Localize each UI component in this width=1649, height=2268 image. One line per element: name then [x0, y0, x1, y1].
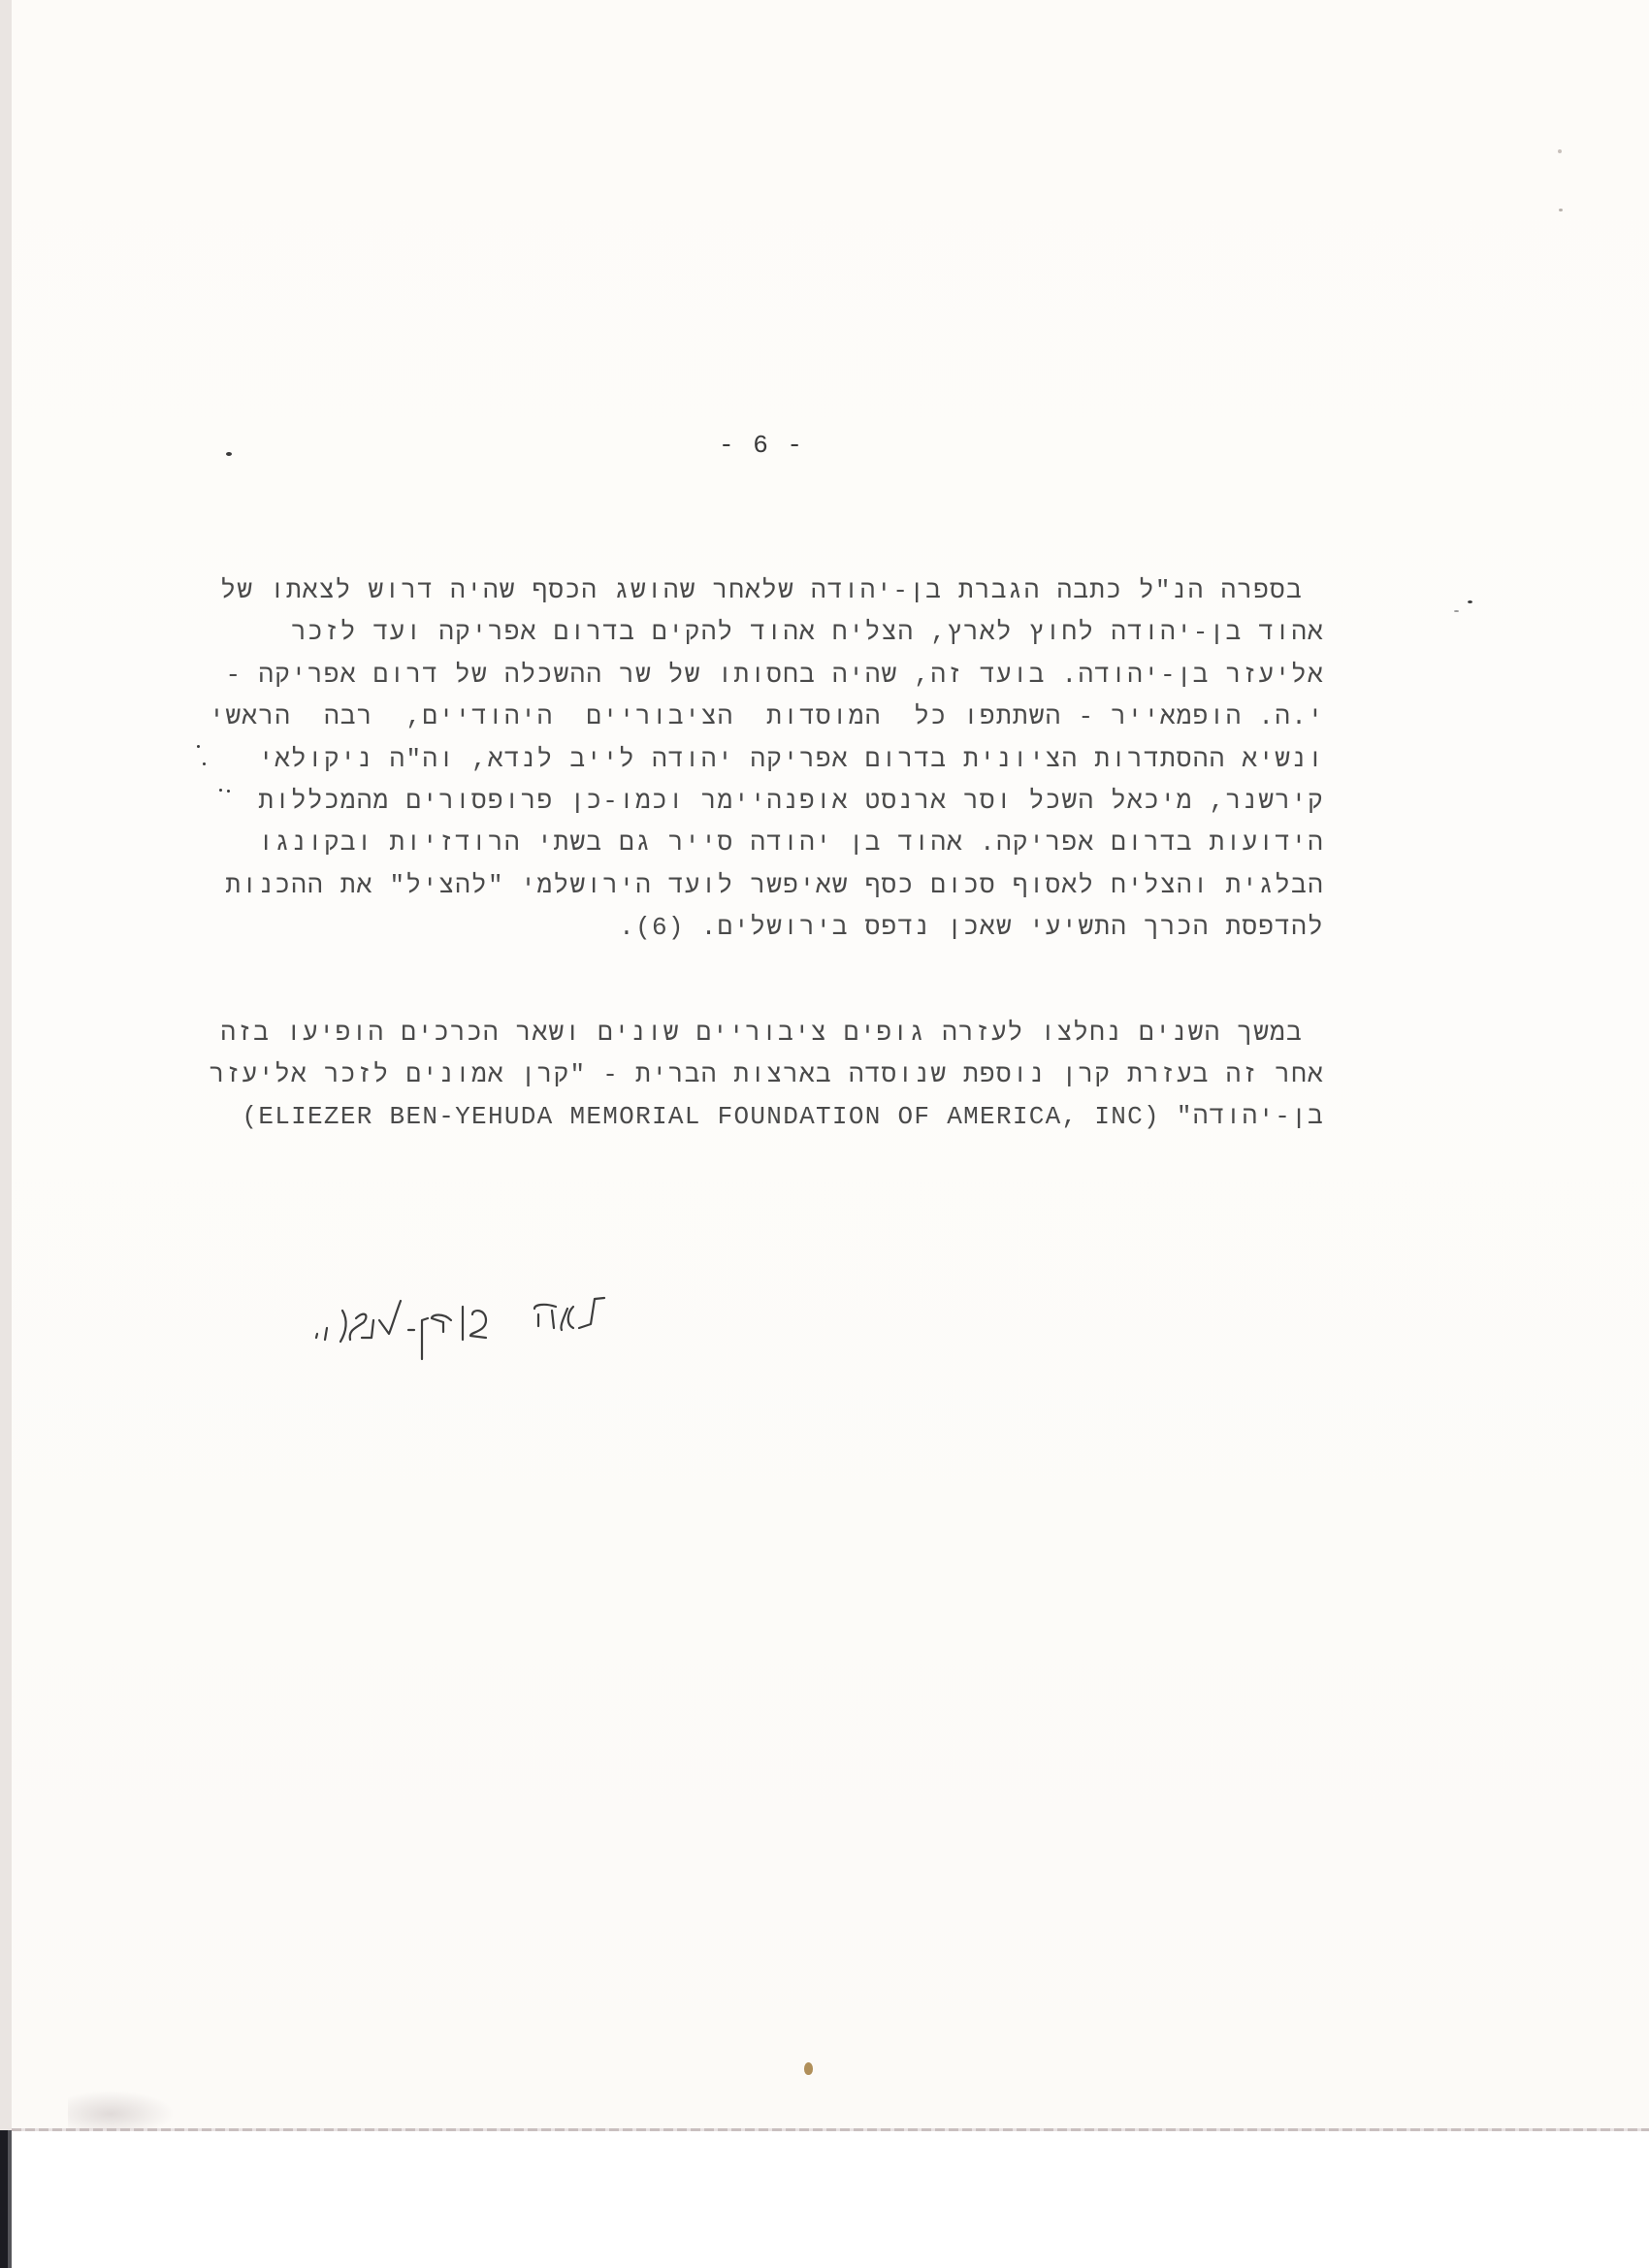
text-line: להדפסת הכרך התשיעי שאכן נדפס בירושלים. (…	[209, 907, 1324, 949]
text-line: קירשנר, מיכאל השכל וסר ארנסט אופנהיימר ו…	[209, 781, 1324, 823]
stain-spot	[804, 2062, 813, 2075]
ink-speck	[1559, 209, 1563, 211]
text-line: אחר זה בעזרת קרן נוספת שנוסדה בארצות הבר…	[209, 1054, 1324, 1096]
handwritten-signature	[218, 1285, 626, 1373]
signature-strokes	[218, 1285, 626, 1373]
ink-speck	[226, 452, 232, 456]
page-number: - 6 -	[679, 431, 844, 460]
page-smudge	[68, 2090, 175, 2129]
page-bottom-edge	[12, 2128, 1649, 2131]
text-line: י.ה. הופמאייר - השתתפו כל המוסדות הציבור…	[209, 697, 1324, 738]
page-left-margin-shadow	[0, 0, 12, 2130]
english-foundation-name: (ELIEZER BEN-YEHUDA MEMORIAL FOUNDATION …	[242, 1102, 1160, 1131]
ink-speck	[197, 745, 200, 748]
body-text: בספרה הנ"ל כתבה הגברת בן-יהודה שלאחר שהו…	[209, 570, 1324, 1139]
paragraph-2: במשך השנים נחלצו לעזרה גופים ציבוריים שו…	[209, 1013, 1324, 1139]
text-line: ונשיא ההסתדרות הציונית בדרום אפריקה יהוד…	[209, 739, 1324, 781]
ink-speck	[203, 762, 206, 765]
text-line: הידועות בדרום אפריקה. אהוד בן יהודה סייר…	[209, 823, 1324, 864]
paragraph-1: בספרה הנ"ל כתבה הגברת בן-יהודה שלאחר שהו…	[209, 570, 1324, 950]
text-line: אהוד בן-יהודה לחוץ לארץ, הצליח אהוד להקי…	[209, 612, 1324, 654]
text-line-mixed: בן-יהודה" (ELIEZER BEN-YEHUDA MEMORIAL F…	[209, 1096, 1324, 1138]
hebrew-segment: בן-יהודה"	[1177, 1102, 1324, 1131]
ink-speck	[1468, 600, 1472, 603]
text-line: הבלגית והצליח לאסוף סכום כסף שאיפשר לועד…	[209, 865, 1324, 907]
text-line: בספרה הנ"ל כתבה הגברת בן-יהודה שלאחר שהו…	[209, 570, 1324, 612]
paragraph-gap	[209, 950, 1324, 1013]
ink-speck	[1558, 149, 1562, 153]
ink-speck	[1454, 610, 1459, 612]
text-line: במשך השנים נחלצו לעזרה גופים ציבוריים שו…	[209, 1013, 1324, 1054]
text-line: אליעזר בן-יהודה. בועד זה, שהיה בחסותו של…	[209, 655, 1324, 697]
